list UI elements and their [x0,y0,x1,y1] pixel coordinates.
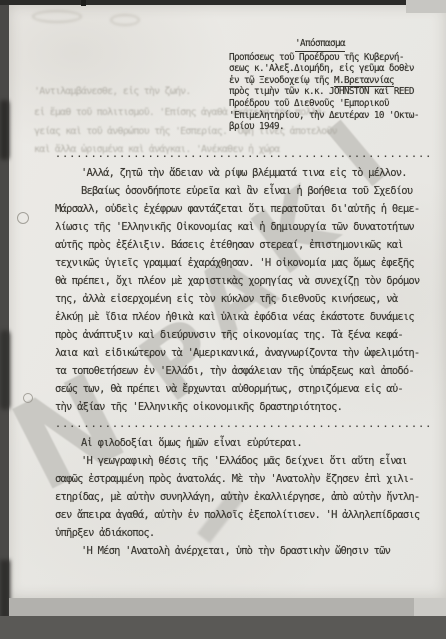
hotel-name: Μ.Βρεταννίας [334,75,394,87]
body-line: Αἱ φιλοδοξίαι ὅμως ἡμῶν εἶναι εὐρύτεραι. [55,434,433,452]
body-line: τα τοποθετήσεων ἐν 'Ελλάδι, τὴν ἀσφάλεια… [55,362,433,380]
scan-edge-top [0,0,446,5]
page-bottom-edge-highlight [414,598,446,616]
body-line: ἑλκύῃ μὲ ἴδια πλέον ἠθικὰ καὶ ὑλικὰ ἐφόδ… [55,308,433,326]
body-line: Βεβαίως ὁσονδήποτε εὐρεῖα καὶ ἂν εἶναι ἡ… [55,182,433,200]
scan-edge-mark [81,0,86,6]
header-line: 'Επιμελητηρίου, τὴν Δευτέραν 10 'Οκτω- [229,110,439,122]
body-line: πρὸς ἀνάπτυξιν καὶ διεύρυνσιν τῆς οἰκονο… [55,326,433,344]
body-line: αὐτῆς πρὸς ἐξέλιξιν. Βάσεις ἐτέθησαν στε… [55,236,433,254]
dotted-separator: ........................................… [55,416,433,434]
body-line: της, ἀλλὰ εἰσερχομένη εἰς τὸν κύκλον τῆς… [55,290,433,308]
body-line: 'Η Μέση 'Ανατολὴ ἀνέρχεται, ὑπὸ τὴν δρασ… [55,542,433,560]
scan-corner-paper [406,0,446,13]
body-line: τεχνικῶς ὑγιεῖς γραμμαί ἐχαράχθησαν. 'Η … [55,254,433,272]
punch-hole-mark [23,393,33,403]
document-title: 'Απόσπασμα [295,38,345,52]
body-line: ὑπῆρξεν ἀδιάκοπος. [55,524,433,542]
body-line: σεώς των, θὰ πρέπει νὰ ἔρχωνται αὐθορμήτ… [55,380,433,398]
body-line: 'Αλλά, ζητῶ τὴν ἄδειαν νὰ ρίψω βλέμματά … [55,164,433,182]
pencil-scribble [110,14,140,26]
header-line: Προπόσεως τοῦ Προέδρου τῆς Κυβερνή- [229,52,439,64]
document-header: 'Απόσπασμα Προπόσεως τοῦ Προέδρου τῆς Κυ… [229,38,439,133]
dotted-separator: ........................................… [55,146,433,164]
scan-edge-bottom [0,616,446,639]
header-line: πρὸς τιμὴν τῶν κ.κ. JOHNSTON καὶ REED [229,86,439,98]
scanned-document: Ν Ρ Α Κ Ι 'Αντιλαμβάνεσθε, εἰς τὴν ζωήν.… [0,0,446,639]
body-line: λαια καὶ εἰδικώτερον τὰ 'Αμερικανικά, ἀν… [55,344,433,362]
punch-hole-mark [17,212,29,224]
scan-edge-shadow [0,330,10,410]
document-body: ........................................… [55,146,433,560]
header-line: βρίου 1949. [229,121,439,133]
pencil-scribble [32,10,82,23]
body-line: 'Η γεωγραφικὴ θέσις τῆς 'Ελλάδος μᾶς δεί… [55,452,433,470]
body-line: τὴν ἀξίαν τῆς 'Ελληνικῆς οἰκονομικῆς δρα… [55,398,433,416]
body-line: σαφῶς ἐστραμμένη πρὸς ἀνατολάς. Μὲ τὴν '… [55,470,433,488]
body-line: ετηρίδας, μὲ αὐτὴν συνηλλάγη, αὐτὴν ἐκαλ… [55,488,433,506]
header-line: Προέδρου τοῦ Διεθνοῦς 'Εμπορικοῦ [229,98,439,110]
scan-edge-shadow [0,100,9,160]
page-bottom-edge [9,598,446,616]
body-line: σεν ἄπειρα ἀγαθά, αὐτὴν ἐν πολλοῖς ἐξεπο… [55,506,433,524]
header-line: ἐν τῷ Ξενοδοχείῳ τῆς Μ.Βρεταννίας [229,75,439,87]
body-line: Μάρσαλλ, οὐδεὶς ἐχέφρων φαντάζεται ὅτι π… [55,200,433,218]
bleedthrough-line: 'Αντιλαμβάνεσθε, εἰς τὴν ζωήν. [34,86,191,97]
body-line: θὰ πρέπει, ὄχι πλέον μὲ χαριστικὰς χορηγ… [55,272,433,290]
header-line: σεως κ.'Αλεξ.Διομήδη, εἰς γεῦμα δοθὲν [229,63,439,75]
body-line: λίωσις τῆς 'Ελληνικῆς Οἰκονομίας καὶ ἡ δ… [55,218,433,236]
scan-edge-left [0,0,9,639]
